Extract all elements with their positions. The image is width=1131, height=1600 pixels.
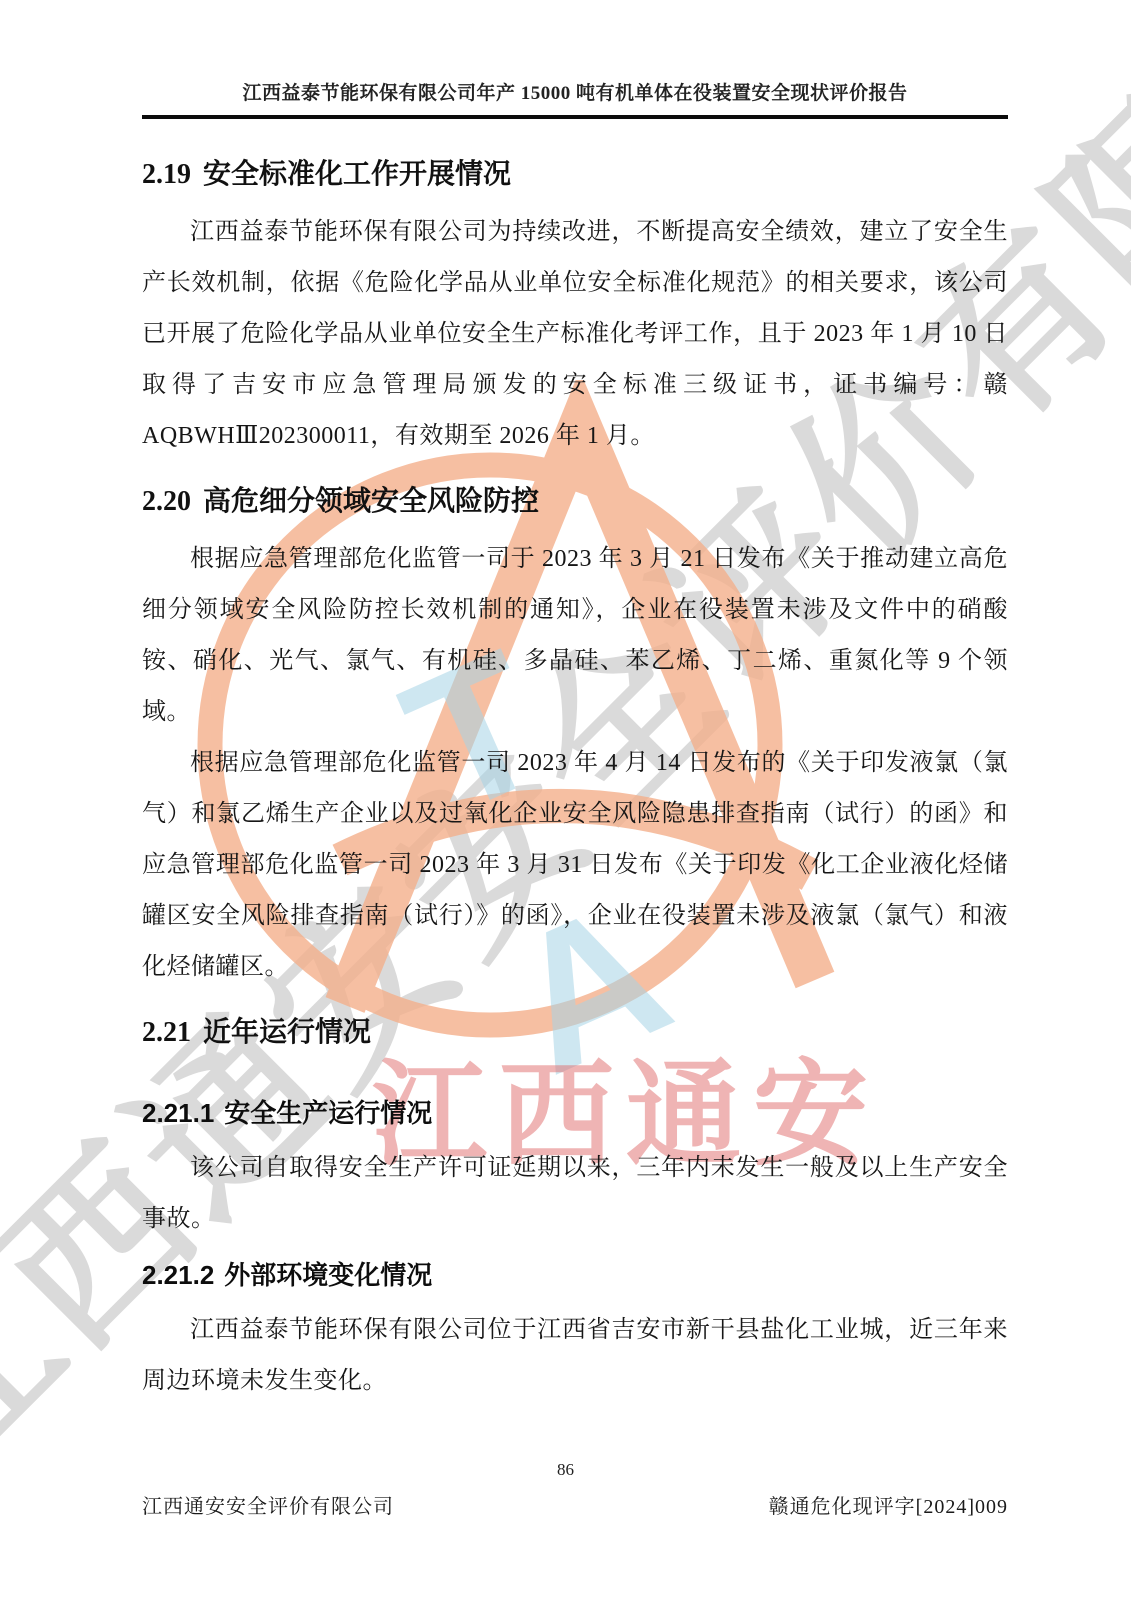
footer-report-number: 赣通危化现评字[2024]009 [769,1490,1008,1519]
section-heading-2-21: 2.21近年运行情况 [142,1015,1008,1051]
paragraph: 根据应急管理部危化监管一司于 2023 年 3 月 21 日发布《关于推动建立高… [142,534,1008,738]
subsection-number: 2.21.1 [142,1098,214,1128]
section-title: 近年运行情况 [203,1017,371,1048]
section-number: 2.19 [142,159,191,190]
document-page: 江西通安安全评价有限公司 T A 江西通安 江西益泰节能环保有限公司年产 150… [0,0,1131,1600]
subsection-title: 安全生产运行情况 [224,1098,432,1128]
subsection-heading-2-21-2: 2.21.2外部环境变化情况 [142,1259,1008,1292]
paragraph: 根据应急管理部危化监管一司 2023 年 4 月 14 日发布的《关于印发液氯（… [142,738,1008,993]
paragraph: 江西益泰节能环保有限公司为持续改进，不断提高安全绩效，建立了安全生产长效机制，依… [142,207,1008,462]
page-number: 86 [0,1460,1131,1480]
paragraph: 该公司自取得安全生产许可证延期以来，三年内未发生一般及以上生产安全事故。 [142,1143,1008,1245]
subsection-heading-2-21-1: 2.21.1安全生产运行情况 [142,1097,1008,1130]
running-header-title: 江西益泰节能环保有限公司年产 15000 吨有机单体在役装置安全现状评价报告 [142,82,1008,106]
section-title: 高危细分领域安全风险防控 [203,486,539,517]
page-footer: 江西通安安全评价有限公司 赣通危化现评字[2024]009 [142,1490,1008,1519]
section-number: 2.21 [142,1017,191,1048]
section-heading-2-19: 2.19安全标准化工作开展情况 [142,157,1008,193]
header-rule [142,115,1008,119]
paragraph: 江西益泰节能环保有限公司位于江西省吉安市新干县盐化工业城，近三年来周边环境未发生… [142,1305,1008,1407]
section-title: 安全标准化工作开展情况 [203,159,511,190]
footer-issuer: 江西通安安全评价有限公司 [142,1490,394,1519]
section-heading-2-20: 2.20高危细分领域安全风险防控 [142,484,1008,520]
section-number: 2.20 [142,486,191,517]
subsection-number: 2.21.2 [142,1260,214,1290]
page-content: 江西益泰节能环保有限公司年产 15000 吨有机单体在役装置安全现状评价报告 2… [142,82,1008,1407]
subsection-title: 外部环境变化情况 [224,1260,432,1290]
